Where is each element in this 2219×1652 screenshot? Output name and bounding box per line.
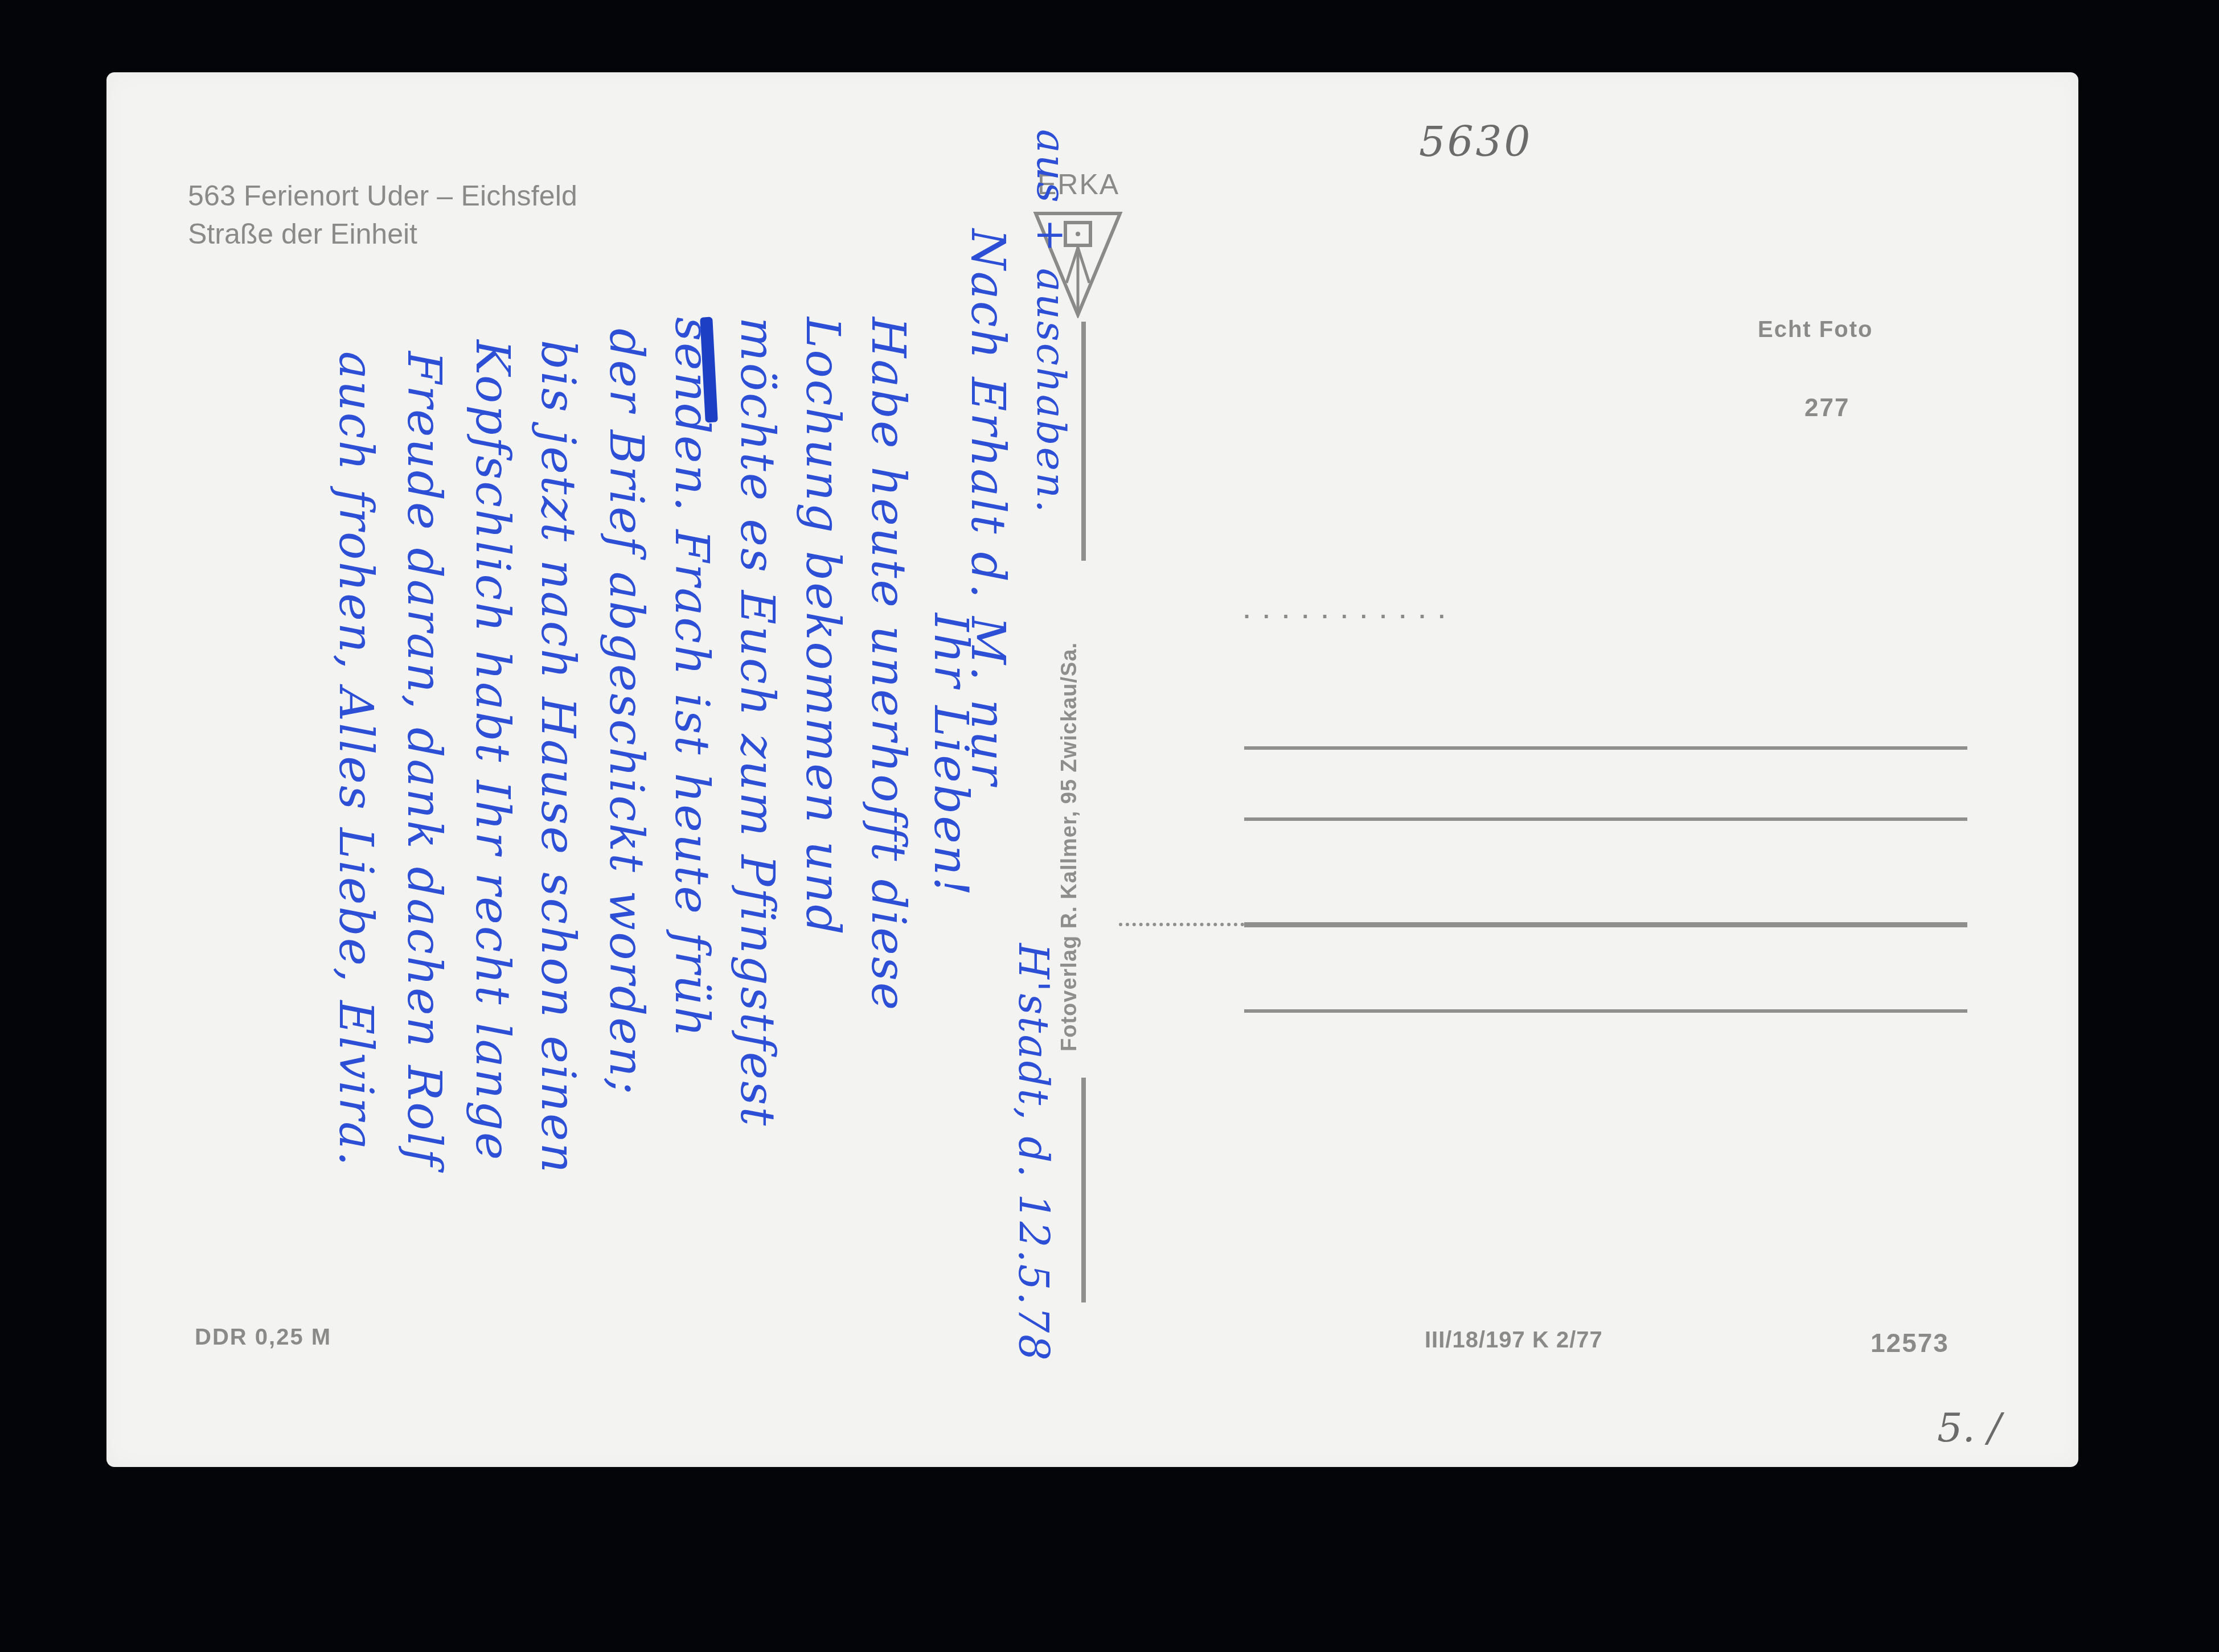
- postcard-title-line2: Straße der Einheit: [188, 217, 417, 250]
- pencil-note-bottom: 5. /: [1937, 1404, 2001, 1451]
- handwriting-line: auch frohen, Alles Liebe, Elvira.: [329, 351, 383, 1168]
- print-code: III/18/197 K 2/77: [1425, 1328, 1603, 1353]
- address-line-3-lead-dots: [1119, 923, 1244, 926]
- center-divider-upper: [1081, 322, 1086, 561]
- handwriting-line: senden. Frach ist heute früh: [665, 317, 719, 1038]
- handwriting-line: aus + auschaben.: [1028, 129, 1074, 514]
- address-line-1: [1244, 746, 1967, 750]
- catalog-number: 12573: [1871, 1328, 1949, 1358]
- handwriting-line: der Brief abgeschickt worden;: [599, 328, 653, 1096]
- handwriting-line: bis jetzt nach Hause schon einen: [531, 340, 585, 1174]
- postcard-title-line1: 563 Ferienort Uder – Eichsfeld: [188, 179, 577, 212]
- handwriting-line: möchte es Euch zum Pfingstfest: [730, 317, 784, 1127]
- handwriting-line: Kopfschlich habt Ihr recht lange: [465, 340, 519, 1161]
- price-label: DDR 0,25 M: [195, 1325, 331, 1350]
- publisher-imprint: Fotoverlag R. Kallmer, 95 Zwickau/Sa.: [1057, 642, 1082, 1051]
- address-line-2: [1244, 817, 1967, 821]
- postal-code-dots: . . . . . . . . . . .: [1244, 598, 1448, 624]
- address-line-4: [1244, 1009, 1967, 1013]
- card-number: 277: [1804, 394, 1849, 422]
- photo-type-label: Echt Foto: [1758, 317, 1873, 343]
- pencil-note-top: 5630: [1419, 118, 1532, 166]
- handwriting-line: Lochung bekommen und: [795, 317, 850, 936]
- address-line-3: [1244, 922, 1967, 927]
- center-divider-lower: [1081, 1078, 1086, 1302]
- handwriting-line: Ihr Lieben!: [924, 613, 978, 897]
- handwriting-line: Habe heute unerhofft diese: [861, 317, 915, 1012]
- handwriting-date-line: H'stadt, d. 12.5.78: [1010, 943, 1057, 1362]
- handwriting-line: Freude daran, dank dachen Rolf: [397, 351, 451, 1168]
- postcard-back: 563 Ferienort Uder – Eichsfeld Straße de…: [106, 72, 2078, 1467]
